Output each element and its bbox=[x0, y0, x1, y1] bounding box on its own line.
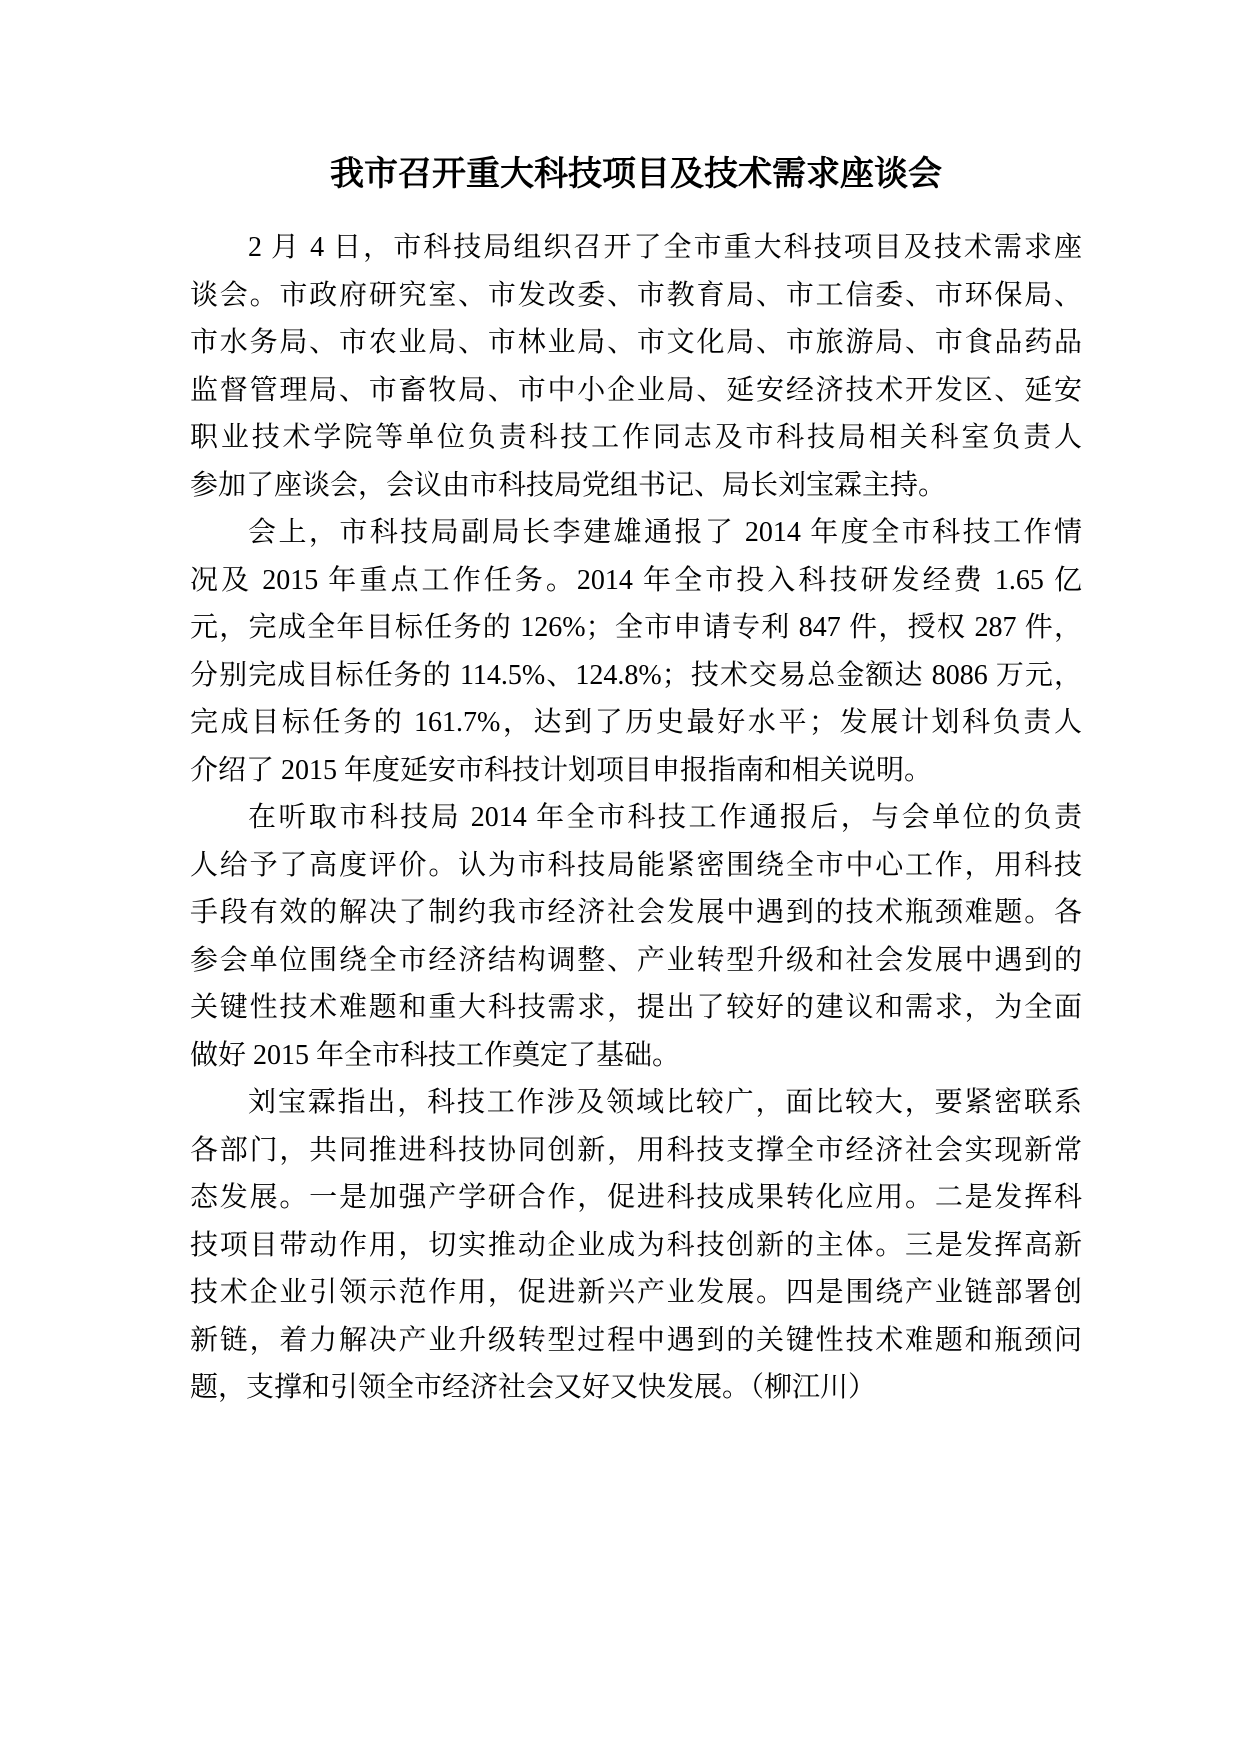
text-line: 分别完成目标任务的 114.5%、124.8%；技术交易总金额达 8086 万元… bbox=[190, 652, 1082, 700]
text-line: 技术企业引领示范作用，促进新兴产业发展。四是围绕产业链部署创 bbox=[190, 1269, 1082, 1317]
document-title: 我市召开重大科技项目及技术需求座谈会 bbox=[190, 148, 1082, 202]
paragraph: 2 月 4 日，市科技局组织召开了全市重大科技项目及技术需求座谈会。市政府研究室… bbox=[190, 224, 1082, 509]
text-line: 人给予了高度评价。认为市科技局能紧密围绕全市中心工作，用科技 bbox=[190, 842, 1082, 890]
document-page: 我市召开重大科技项目及技术需求座谈会 2 月 4 日，市科技局组织召开了全市重大… bbox=[0, 0, 1241, 1754]
text-line: 况及 2015 年重点工作任务。2014 年全市投入科技研发经费 1.65 亿 bbox=[190, 557, 1082, 605]
text-line: 2 月 4 日，市科技局组织召开了全市重大科技项目及技术需求座 bbox=[190, 224, 1082, 272]
paragraph: 在听取市科技局 2014 年全市科技工作通报后，与会单位的负责人给予了高度评价。… bbox=[190, 794, 1082, 1079]
text-line: 技项目带动作用，切实推动企业成为科技创新的主体。三是发挥高新 bbox=[190, 1222, 1082, 1270]
text-line: 会上，市科技局副局长李建雄通报了 2014 年度全市科技工作情 bbox=[190, 509, 1082, 557]
text-line: 刘宝霖指出，科技工作涉及领域比较广，面比较大，要紧密联系 bbox=[190, 1079, 1082, 1127]
text-line: 在听取市科技局 2014 年全市科技工作通报后，与会单位的负责 bbox=[190, 794, 1082, 842]
document-body: 2 月 4 日，市科技局组织召开了全市重大科技项目及技术需求座谈会。市政府研究室… bbox=[190, 224, 1082, 1412]
paragraph: 会上，市科技局副局长李建雄通报了 2014 年度全市科技工作情况及 2015 年… bbox=[190, 509, 1082, 794]
text-line: 完成目标任务的 161.7%，达到了历史最好水平；发展计划科负责人 bbox=[190, 699, 1082, 747]
text-line: 做好 2015 年全市科技工作奠定了基础。 bbox=[190, 1032, 1082, 1080]
text-line: 新链，着力解决产业升级转型过程中遇到的关键性技术难题和瓶颈问 bbox=[190, 1317, 1082, 1365]
text-line: 职业技术学院等单位负责科技工作同志及市科技局相关科室负责人 bbox=[190, 414, 1082, 462]
text-line: 手段有效的解决了制约我市经济社会发展中遇到的技术瓶颈难题。各 bbox=[190, 889, 1082, 937]
text-line: 介绍了 2015 年度延安市科技计划项目申报指南和相关说明。 bbox=[190, 747, 1082, 795]
text-line: 关键性技术难题和重大科技需求，提出了较好的建议和需求，为全面 bbox=[190, 984, 1082, 1032]
text-line: 市水务局、市农业局、市林业局、市文化局、市旅游局、市食品药品 bbox=[190, 319, 1082, 367]
text-line: 谈会。市政府研究室、市发改委、市教育局、市工信委、市环保局、 bbox=[190, 272, 1082, 320]
text-line: 参会单位围绕全市经济结构调整、产业转型升级和社会发展中遇到的 bbox=[190, 937, 1082, 985]
text-line: 各部门，共同推进科技协同创新，用科技支撑全市经济社会实现新常 bbox=[190, 1127, 1082, 1175]
paragraph: 刘宝霖指出，科技工作涉及领域比较广，面比较大，要紧密联系各部门，共同推进科技协同… bbox=[190, 1079, 1082, 1412]
text-line: 态发展。一是加强产学研合作，促进科技成果转化应用。二是发挥科 bbox=[190, 1174, 1082, 1222]
text-line: 参加了座谈会，会议由市科技局党组书记、局长刘宝霖主持。 bbox=[190, 462, 1082, 510]
text-line: 监督管理局、市畜牧局、市中小企业局、延安经济技术开发区、延安 bbox=[190, 367, 1082, 415]
text-line: 元，完成全年目标任务的 126%；全市申请专利 847 件，授权 287 件， bbox=[190, 604, 1082, 652]
text-line: 题，支撑和引领全市经济社会又好又快发展。（柳江川） bbox=[190, 1364, 1082, 1412]
